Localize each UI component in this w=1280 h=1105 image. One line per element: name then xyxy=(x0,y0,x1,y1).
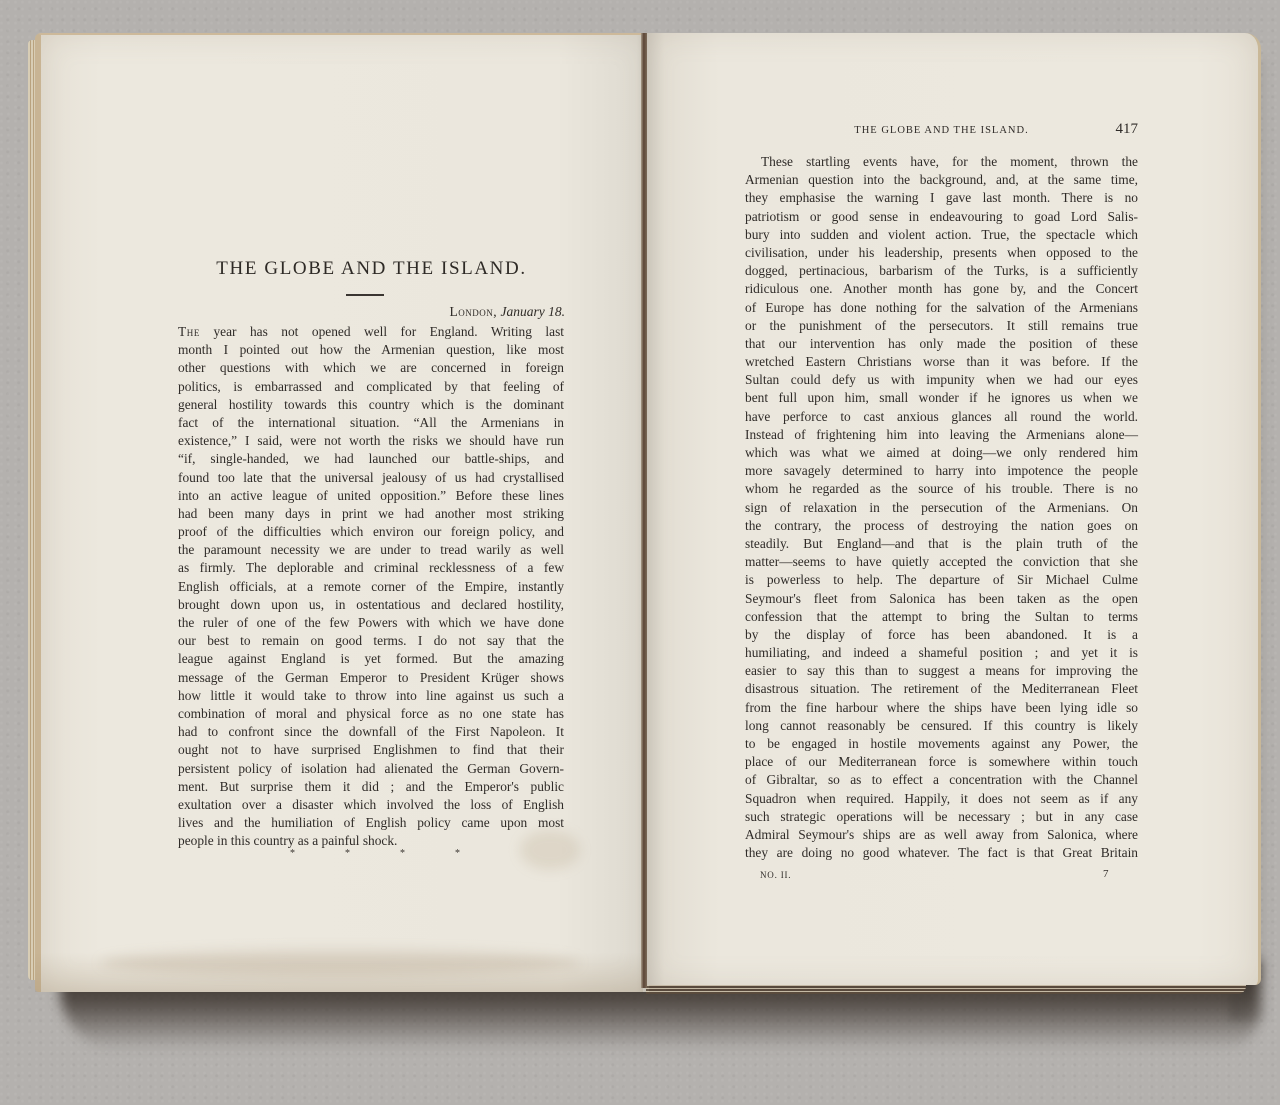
text-line: lives and the humiliation of English pol… xyxy=(178,814,564,832)
title-rule xyxy=(346,294,384,296)
text-line: or the punishment of the persecutors. It… xyxy=(745,317,1138,335)
text-line: into an active league of united oppositi… xyxy=(178,487,564,505)
text-line: of Gibraltar, so as to effect a concentr… xyxy=(745,771,1138,789)
page-number: 417 xyxy=(1100,121,1138,138)
text-line: civilisation, under his leadership, pres… xyxy=(745,244,1138,262)
text-line: These startling events have, for the mom… xyxy=(745,153,1138,171)
text-line: the paramount necessity we are under to … xyxy=(178,541,564,559)
paper-stain xyxy=(100,950,580,975)
text-line: place of our Mediterranean force is some… xyxy=(745,753,1138,771)
left-body-text: The year has not opened well for England… xyxy=(178,323,564,850)
text-line: “if, single-handed, we had launched our … xyxy=(178,450,564,468)
text-line: the ruler of one of the few Powers with … xyxy=(178,614,564,632)
text-line: is powerless to help. The departure of S… xyxy=(745,571,1138,589)
text-line: league against England is yet formed. Bu… xyxy=(178,650,564,668)
text-line: bury into sudden and violent action. Tru… xyxy=(745,226,1138,244)
dateline-date: January 18. xyxy=(501,304,566,319)
text-line: steadily. But England—and that is the pl… xyxy=(745,535,1138,553)
text-line: brought down upon us, in ostentatious an… xyxy=(178,596,564,614)
text-line: to be engaged in hostile movements again… xyxy=(745,735,1138,753)
text-line: Seymour's fleet from Salonica has been t… xyxy=(745,590,1138,608)
signature-mark: NO. II. xyxy=(760,870,791,880)
asterisk: * xyxy=(400,848,405,859)
text-line: disastrous situation. The retirement of … xyxy=(745,680,1138,698)
text-line: easier to say this than to suggest a mea… xyxy=(745,662,1138,680)
text-line: ridiculous one. Another month has gone b… xyxy=(745,280,1138,298)
text-line: persistent policy of isolation had alien… xyxy=(178,760,564,778)
text-line: from the fine harbour where the ships ha… xyxy=(745,699,1138,717)
text-line: they emphasise the warning I gave last m… xyxy=(745,189,1138,207)
text-line: sign of relaxation in the persecution of… xyxy=(745,499,1138,517)
text-line: which was what we aimed at doing—we only… xyxy=(745,444,1138,462)
text-line: Sultan could defy us with impunity when … xyxy=(745,371,1138,389)
dateline-place: London, xyxy=(450,304,498,319)
text-line: bent full upon him, small wonder if he i… xyxy=(745,389,1138,407)
text-line: combination of moral and physical force … xyxy=(178,705,564,723)
text-line: existence,” I said, were not worth the r… xyxy=(178,432,564,450)
signature-number: 7 xyxy=(1103,868,1109,880)
text-line: message of the German Emperor to Preside… xyxy=(178,669,564,687)
text-line: English officials, at a remote corner of… xyxy=(178,578,564,596)
text-line: whom he regarded as the source of his tr… xyxy=(745,480,1138,498)
text-line: ought not to have surprised Englishmen t… xyxy=(178,741,564,759)
text-line: humiliating, and indeed a shameful posit… xyxy=(745,644,1138,662)
asterisk: * xyxy=(455,848,460,859)
text-line: politics, is embarrassed and complicated… xyxy=(178,378,564,396)
text-line: of Europe has done nothing for the salva… xyxy=(745,299,1138,317)
text-line: the contrary, the process of destroying … xyxy=(745,517,1138,535)
text-line: ment. But surprise them it did ; and the… xyxy=(178,778,564,796)
text-line: that our intervention has only made the … xyxy=(745,335,1138,353)
text-line: more savagely determined to harry into i… xyxy=(745,462,1138,480)
text-line: wretched Eastern Christians worse than i… xyxy=(745,353,1138,371)
text-line: other questions with which we are concer… xyxy=(178,359,564,377)
text-line: by the display of force has been abandon… xyxy=(745,626,1138,644)
asterisk: * xyxy=(345,848,350,859)
text-line: month I pointed out how the Armenian que… xyxy=(178,341,564,359)
text-line: found too late that the universal jealou… xyxy=(178,469,564,487)
text-line: confession that the attempt to bring the… xyxy=(745,608,1138,626)
text-line: Instead of frightening him into leaving … xyxy=(745,426,1138,444)
text-line: have perforce to cast anxious glances al… xyxy=(745,408,1138,426)
text-line: as firmly. The deplorable and criminal r… xyxy=(178,559,564,577)
book-gutter xyxy=(641,33,647,988)
text-line: matter—seems to have quietly accepted th… xyxy=(745,553,1138,571)
text-line: Admiral Seymour's ships are as well away… xyxy=(745,826,1138,844)
text-line: how little it would take to throw into l… xyxy=(178,687,564,705)
text-line: exultation over a disaster which involve… xyxy=(178,796,564,814)
text-line: The year has not opened well for England… xyxy=(178,323,564,341)
text-line: our best to remain on good terms. I do n… xyxy=(178,632,564,650)
text-line: patriotism or good sense in endeavouring… xyxy=(745,208,1138,226)
opening-word: The xyxy=(178,324,200,339)
section-break: * * * * xyxy=(290,848,460,859)
text-line: long cannot reasonably be censured. If t… xyxy=(745,717,1138,735)
text-line: dogged, pertinacious, barbarism of the T… xyxy=(745,262,1138,280)
running-head: THE GLOBE AND THE ISLAND. xyxy=(745,125,1138,136)
dateline: London, January 18. xyxy=(178,304,565,320)
right-body-text: These startling events have, for the mom… xyxy=(745,153,1138,862)
text-line: Armenian question into the background, a… xyxy=(745,171,1138,189)
text-line: fact of the international situation. “Al… xyxy=(178,414,564,432)
article-title: THE GLOBE AND THE ISLAND. xyxy=(178,258,565,280)
text-line: Squadron when required. Happily, it does… xyxy=(745,790,1138,808)
text-line: proof of the difficulties which environ … xyxy=(178,523,564,541)
text-line: general hostility towards this country w… xyxy=(178,396,564,414)
text-line: such strategic operations will be necess… xyxy=(745,808,1138,826)
text-line: had been many days in print we had anoth… xyxy=(178,505,564,523)
text-line: they are doing no good whatever. The fac… xyxy=(745,844,1138,862)
asterisk: * xyxy=(290,848,295,859)
text-line: had to confront since the downfall of th… xyxy=(178,723,564,741)
